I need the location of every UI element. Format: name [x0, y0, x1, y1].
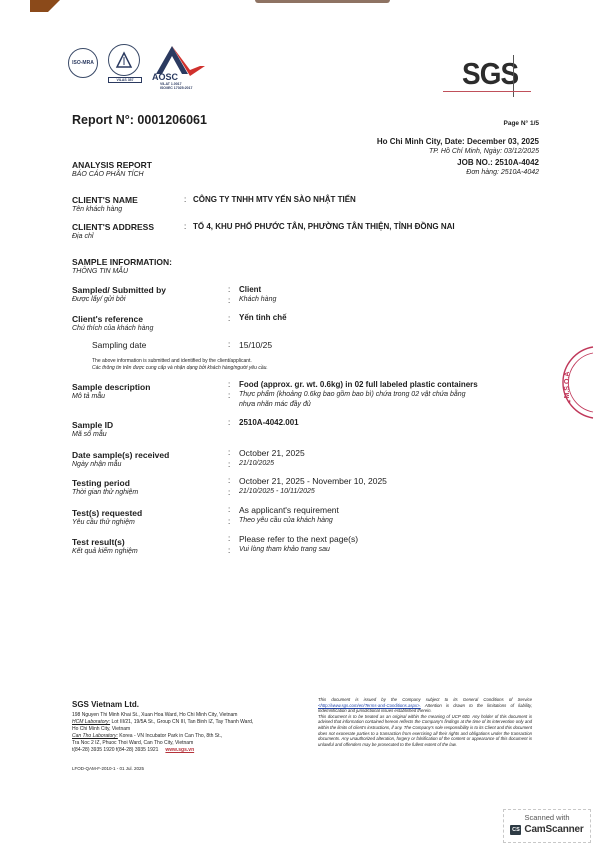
date-received-label: Date sample(s) received [72, 450, 169, 460]
colon: : [228, 340, 230, 349]
client-address-label: CLIENT'S ADDRESS [72, 222, 154, 232]
aosc-name: AOSC [152, 72, 178, 82]
client-reference-label-vi: Chú thích của khách hàng [72, 325, 153, 332]
report-date-vi: TP. Hồ Chí Minh, Ngày: 03/12/2025 [429, 148, 539, 155]
sample-id-value: 2510A-4042.001 [239, 418, 299, 427]
colon: : [228, 314, 230, 323]
sample-description-value-vi: Thực phẩm (khoảng 0.6kg bao gồm bao bì) … [239, 391, 466, 398]
vilas-seal-icon [108, 44, 140, 76]
test-results-label: Test result(s) [72, 537, 125, 547]
disclaimer-note-en: The above information is submitted and i… [92, 358, 252, 364]
document-title-vi: BÁO CÁO PHÂN TÍCH [72, 171, 144, 178]
colon: : [184, 195, 186, 204]
testing-period-label: Testing period [72, 478, 130, 488]
sgs-logo: SGS [462, 56, 518, 92]
can-tho-lab-label: Can Tho Laboratory: [72, 733, 118, 739]
colon: : [228, 391, 230, 400]
date-received-value-vi: 21/10/2025 [239, 460, 274, 467]
scan-shadow-artifact [255, 0, 390, 3]
colon: : [228, 476, 230, 485]
page-number: Page N° 1/5 [489, 120, 539, 127]
svg-text:M.S.O.A: M.S.O.A [564, 372, 571, 399]
document-title-en: ANALYSIS REPORT [72, 160, 152, 170]
test-results-value-vi: Vui lòng tham khảo trang sau [239, 546, 330, 553]
date-received-value: October 21, 2025 [239, 448, 305, 458]
scanned-with-label: Scanned with [504, 813, 590, 822]
sampling-date-label: Sampling date [92, 340, 146, 350]
colon: : [228, 460, 230, 469]
legal-disclaimer: This document is issued by the Company s… [318, 697, 532, 747]
sgs-logo-rule-horizontal [443, 91, 531, 92]
colon: : [228, 546, 230, 555]
report-date-en: Ho Chi Minh City, Date: December 03, 202… [377, 137, 539, 146]
tests-requested-label-vi: Yêu cầu thử nghiệm [72, 519, 135, 526]
hcm-lab-label: HCM Laboratory: [72, 719, 110, 725]
colon: : [228, 505, 230, 514]
sample-description-value-vi-cont: nhựa nhãn mác đầy đủ [239, 401, 311, 408]
iso-mra-logo: ISO-MRA [68, 48, 98, 78]
sample-info-heading: SAMPLE INFORMATION: [72, 257, 172, 267]
colon: : [228, 488, 230, 497]
colon: : [228, 517, 230, 526]
footer-website-link[interactable]: www.sgs.vn [165, 747, 194, 753]
client-name-label: CLIENT'S NAME [72, 195, 138, 205]
disclaimer-note-vi: Các thông tin trên được cung cấp và nhận… [92, 365, 268, 371]
testing-period-value-vi: 21/10/2025 - 10/11/2025 [239, 488, 315, 495]
colon: : [228, 418, 230, 427]
test-results-value: Please refer to the next page(s) [239, 534, 358, 544]
submitted-by-label-vi: Được lấy/ gửi bởi [72, 296, 126, 303]
msoa-stamp-icon: M.S.O.A ★ [555, 345, 595, 420]
colon: : [228, 448, 230, 457]
tests-requested-value-vi: Theo yêu cầu của khách hàng [239, 517, 333, 524]
date-received-label-vi: Ngày nhận mẫu [72, 461, 121, 468]
testing-period-value: October 21, 2025 - November 10, 2025 [239, 476, 387, 486]
svg-text:★: ★ [567, 399, 572, 405]
aosc-sub2: ISO/IEC 17025:2017 [160, 86, 193, 90]
test-results-label-vi: Kết quả kiểm nghiệm [72, 548, 138, 555]
sample-description-value: Food (approx. gr. wt. 0.6kg) in 02 full … [239, 380, 478, 389]
colon: : [228, 296, 230, 305]
sampling-date-value: 15/10/25 [239, 340, 272, 350]
sample-id-label-vi: Mã số mẫu [72, 431, 107, 438]
sample-id-label: Sample ID [72, 420, 113, 430]
colon: : [228, 534, 230, 543]
legal-text-3: This document is to be treated as an ori… [318, 714, 532, 747]
sample-description-label: Sample description [72, 382, 150, 392]
client-reference-value: Yến tinh chế [239, 313, 287, 322]
colon: : [228, 285, 230, 294]
submitted-by-label: Sampled/ Submitted by [72, 285, 166, 295]
footer-contact: t(84-28) 3935 1920 f(84-28) 3935 1921 ww… [72, 747, 194, 754]
aosc-accreditation: VILAT 1.0017 ISO/IEC 17025:2017 [160, 82, 193, 90]
colon: : [228, 380, 230, 389]
job-number-vi: Đơn hàng: 2510A-4042 [466, 169, 539, 176]
client-address-value: TỔ 4, KHU PHỐ PHƯỚC TÂN, PHƯỜNG TÂN THIỆ… [193, 222, 455, 231]
scan-edge-artifact [30, 0, 60, 12]
footer-address: 198 Nguyen Thi Minh Khai St., Xuan Hoa W… [72, 712, 237, 719]
tests-requested-label: Test(s) requested [72, 508, 142, 518]
report-number: Report N°: 0001206061 [72, 113, 207, 127]
form-code: LFOD-QAM-F-2010-1 - 01 Jul. 2025 [72, 766, 144, 771]
hcm-lab-address-cont: Ho Chi Minh City, Vietnam [72, 726, 130, 733]
testing-period-label-vi: Thời gian thử nghiệm [72, 489, 138, 496]
sample-description-label-vi: Mô tả mẫu [72, 393, 105, 400]
client-reference-label: Client's reference [72, 314, 143, 324]
footer-company-name: SGS Vietnam Ltd. [72, 700, 139, 709]
camscanner-logo-icon: CS [510, 825, 521, 835]
hcm-lab-address: Lot III/21, 19/5A St., Group CN III, Tan… [110, 719, 253, 725]
vilas-logo: VILAS 357 [108, 44, 142, 84]
submitted-by-value: Client [239, 285, 261, 294]
footer-can-tho-lab: Can Tho Laboratory: Korea - VN Incubator… [72, 733, 222, 740]
legal-text-1: This document is issued by the Company s… [318, 697, 532, 702]
client-name-value: CÔNG TY TNHH MTV YẾN SÀO NHẬT TIẾN [193, 195, 356, 204]
client-name-label-vi: Tên khách hàng [72, 206, 122, 213]
terms-link[interactable]: <http://www.sgs.com/en/Terms-and-Conditi… [318, 703, 421, 708]
job-number-en: JOB NO.: 2510A-4042 [457, 158, 539, 167]
camscanner-watermark: Scanned with CS CamScanner [503, 809, 591, 843]
sample-info-heading-vi: THÔNG TIN MẪU [72, 268, 128, 275]
can-tho-lab-address-cont: Tra Noc 2 IZ, Phuoc Thoi Ward, Can Tho C… [72, 740, 193, 747]
footer-phone: t(84-28) 3935 1920 f(84-28) 3935 1921 [72, 747, 158, 753]
colon: : [184, 222, 186, 231]
camscanner-brand: CamScanner [524, 824, 583, 835]
tests-requested-value: As applicant's requirement [239, 505, 339, 515]
footer-hcm-lab: HCM Laboratory: Lot III/21, 19/5A St., G… [72, 719, 253, 726]
iso-mra-label: ISO-MRA [72, 60, 94, 66]
can-tho-lab-address: Korea - VN Incubator Park in Can Tho, 8t… [118, 733, 222, 739]
client-address-label-vi: Địa chỉ [72, 233, 93, 240]
submitted-by-value-vi: Khách hàng [239, 296, 276, 303]
vilas-number: VILAS 357 [108, 77, 142, 83]
